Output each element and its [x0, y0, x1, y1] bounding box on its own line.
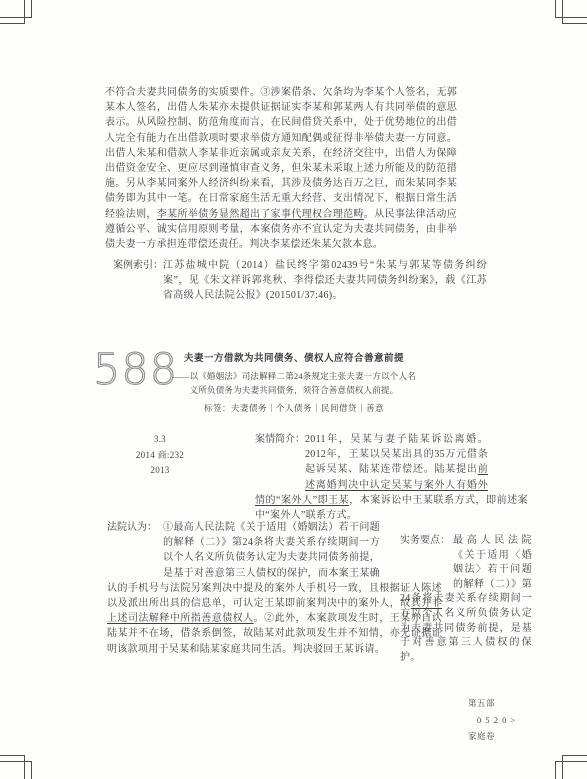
crop-mark-bottom-left-h2 [0, 761, 32, 762]
case-brief-right-gap [488, 432, 528, 478]
court-opinion-section: 法院认为： ①最高人民法院《关于适用（婚姻法）若干问题的解释（二）》第24条将夫… [107, 520, 442, 657]
crop-mark-top-right-h2 [555, 17, 587, 18]
court-opinion-label-box: 法院认为： [107, 520, 163, 566]
reference-code-line: 2014 商:232 [118, 448, 202, 464]
case-index-section: 案例索引： 江苏盐城中院（2014）盐民终字第02439号“朱某与郭某等债务纠纷… [113, 258, 487, 304]
book-page: 不符合夫妻共同债务的实质要件。③涉案借条、欠条均为李某个人签名，无郭某本人签名，… [0, 0, 587, 779]
reference-code-line: 3.3 [118, 432, 202, 448]
crop-mark-bottom-right-v2 [555, 761, 556, 779]
crop-mark-top-left-v2 [31, 0, 32, 18]
crop-mark-top-left-h1 [0, 23, 25, 24]
case-brief-label-box: 案情简介： [255, 432, 305, 478]
previous-case-body-paragraph: 不符合夫妻共同债务的实质要件。③涉案借条、欠条均为李某个人签名，无郭某本人签名，… [105, 85, 457, 252]
case-tags: 标签：夫妻债务｜个人债务｜民间借贷｜善意 [168, 402, 420, 414]
crop-mark-bottom-left-v1 [24, 755, 25, 779]
case-index-text: 江苏盐城中院（2014）盐民终字第02439号“朱某与郭某等债务纠纷案”，见《朱… [163, 260, 487, 301]
footer-part-label: 第五部 [468, 695, 558, 712]
practice-point-label: 实务要点： [400, 535, 450, 546]
crop-mark-bottom-right-v1 [562, 755, 563, 779]
court-opinion-label: 法院认为： [107, 522, 157, 533]
case-title: 夫妻一方借款为共同债务、债权人应符合善意前提 [168, 352, 420, 366]
crop-mark-bottom-right-h2 [555, 761, 587, 762]
crop-mark-bottom-right-h1 [562, 755, 587, 756]
crop-mark-top-left-v1 [24, 0, 25, 24]
case-brief-section: 案情简介： 2011年，吴某与妻子陆某诉讼离婚。2012年，王某以吴某出具的35… [255, 432, 528, 523]
crop-mark-bottom-left-h1 [0, 755, 25, 756]
crop-mark-top-right-v2 [555, 0, 556, 18]
case-index-label: 案例索引： [113, 258, 163, 273]
crop-mark-top-left-h2 [0, 17, 32, 18]
page-footer: 第五部 0 5 2 0 > 家庭卷 [468, 695, 558, 745]
case-number: 588 [93, 350, 168, 390]
crop-mark-bottom-left-v2 [31, 761, 32, 779]
crop-mark-top-right-v1 [562, 0, 563, 24]
practice-point-section: 实务要点： 最高人民法院《关于适用〈婚姻法〉若干问题的解释（二）》第24条将夫妻… [400, 534, 532, 665]
case-header: 夫妻一方借款为共同债务、债权人应符合善意前提 ——以《婚姻法》司法解释二第24条… [168, 352, 420, 414]
case-brief-label: 案情简介： [255, 434, 305, 445]
footer-page-number: 0 5 2 0 > [468, 712, 558, 729]
crop-mark-top-right-h1 [562, 23, 587, 24]
reference-codes: 3.3 2014 商:232 2013 [118, 432, 202, 479]
reference-code-line: 2013 [118, 463, 202, 479]
case-subtitle: ——以《婚姻法》司法解释二第24条规定主张夫妻一方以个人名义所负债务为夫妻共同债… [168, 370, 420, 397]
footer-volume-label: 家庭卷 [468, 728, 558, 745]
practice-point-label-box: 实务要点： [400, 534, 453, 578]
